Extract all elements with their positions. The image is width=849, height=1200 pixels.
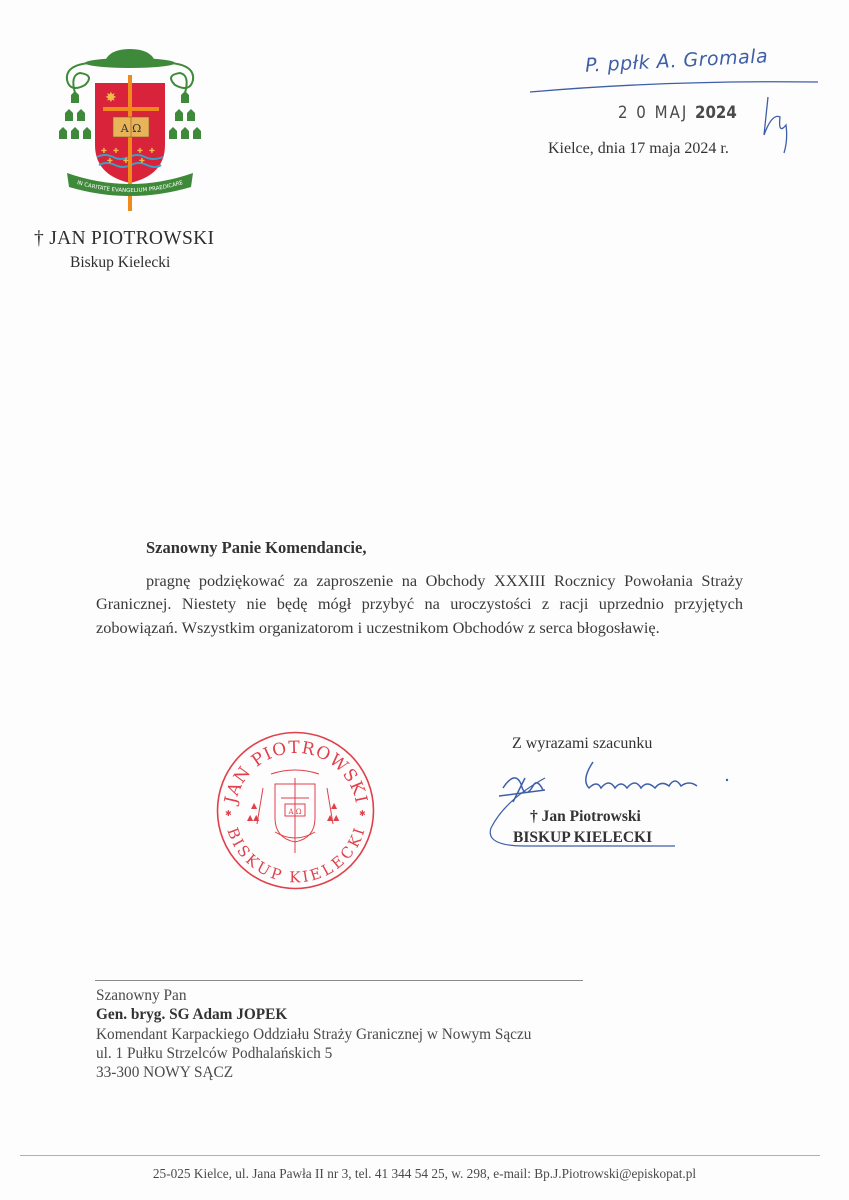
svg-text:✱: ✱ [359,809,366,818]
signatory-name: † Jan Piotrowski [530,808,641,826]
footer-divider [20,1155,820,1156]
svg-text:✚: ✚ [101,147,107,155]
footer-address: 25-025 Kielce, ul. Jana Pawła II nr 3, t… [0,1166,849,1182]
svg-text:✸: ✸ [105,90,117,106]
signatory-title: BISKUP KIELECKI [513,829,652,847]
recipient-name: Gen. bryg. SG Adam JOPEK [96,1005,531,1024]
received-date-stamp: 2 0 MAJ 2024 [618,102,737,123]
handwritten-underline [528,76,820,96]
svg-text:BISKUP KIELECKI: BISKUP KIELECKI [223,825,368,886]
stamp-year: 2024 [695,102,737,123]
svg-text:✚: ✚ [139,157,145,165]
stamp-day-month: 2 0 MAJ [618,102,688,123]
recipient-street: ul. 1 Pułku Strzelców Podhalańskich 5 [96,1044,531,1063]
handwritten-note: P. ppłk A. Gromala [585,45,769,77]
svg-text:✚: ✚ [137,147,143,155]
svg-text:✚: ✚ [113,147,119,155]
svg-text:Α Ω: Α Ω [120,122,142,135]
svg-text:JAN PIOTROWSKI: JAN PIOTROWSKI [221,738,371,808]
svg-text:▲▲: ▲▲ [327,813,340,822]
initials-mark [758,95,798,155]
official-seal-stamp: JAN PIOTROWSKI BISKUP KIELECKI ✱ ✱ ▲▲▲ ▲… [213,728,378,893]
recipient-divider [95,980,583,981]
recipient-address-block: Szanowny Pan Gen. bryg. SG Adam JOPEK Ko… [96,986,531,1082]
letter-body: pragnę podziękować za zaproszenie na Obc… [96,569,743,639]
svg-text:▲▲: ▲▲ [247,813,260,822]
recipient-position: Komendant Karpackiego Oddziału Straży Gr… [96,1025,531,1044]
svg-text:✚: ✚ [107,157,113,165]
salutation: Szanowny Panie Komendancie, [146,538,366,558]
svg-text:▲: ▲ [251,801,258,810]
sender-title: Biskup Kielecki [70,254,170,272]
svg-text:✚: ✚ [123,157,129,165]
recipient-greeting: Szanowny Pan [96,986,531,1005]
place-and-date: Kielce, dnia 17 maja 2024 r. [548,140,729,158]
sender-name: † JAN PIOTROWSKI [34,228,214,250]
svg-text:▲: ▲ [331,801,338,810]
coat-of-arms-logo: ✸ Α Ω ✚✚✚✚ ✚✚✚ IN CARITATE EVANGELIUM PR… [55,45,205,215]
recipient-city: 33-300 NOWY SĄCZ [96,1063,531,1082]
svg-text:Α Ω: Α Ω [287,808,301,816]
svg-text:✚: ✚ [149,147,155,155]
svg-text:✱: ✱ [225,809,232,818]
